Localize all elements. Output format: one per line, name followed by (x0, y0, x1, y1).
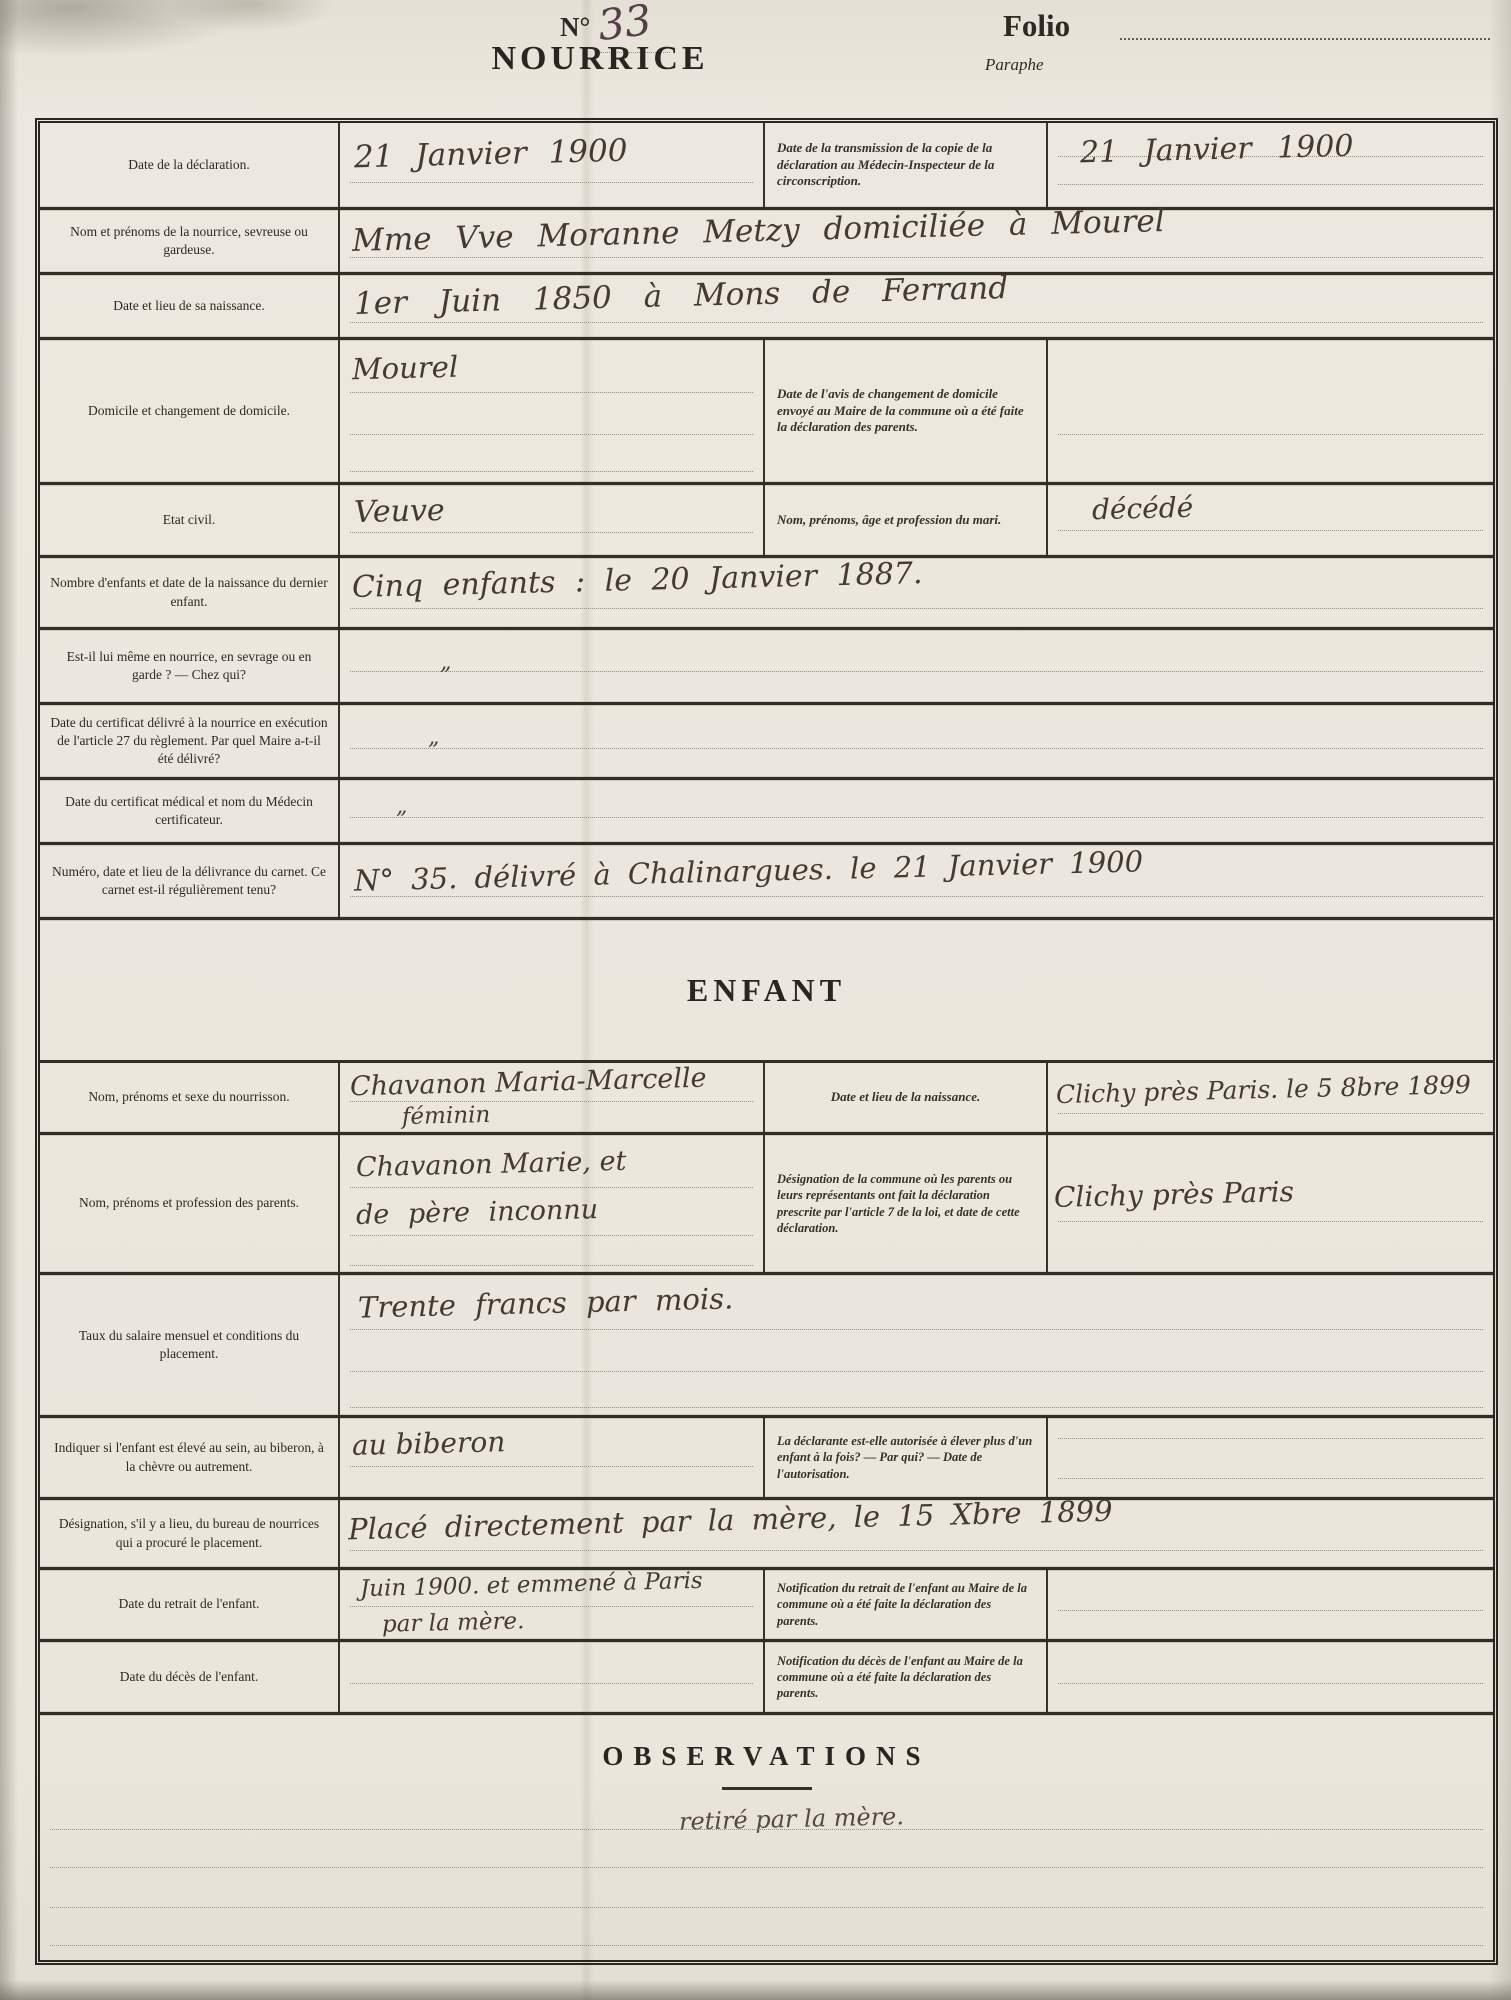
row-label: Date du certificat médical et nom du Méd… (40, 780, 340, 842)
handwritten-value: 1er Juin 1850 à Mons de Ferrand (354, 273, 1009, 320)
table-row-nom-nourrice: Nom et prénoms de la nourrice, sevreuse … (40, 210, 1493, 275)
handwritten-value: au biberon (352, 1428, 506, 1460)
row-value2-cell: 21 Janvier 1900 (1048, 123, 1493, 207)
table-row-naissance: Date et lieu de sa naissance. 1er Juin 1… (40, 275, 1493, 340)
row-value2-cell (1048, 1642, 1493, 1712)
row-value-cell: „ (340, 630, 1493, 702)
table-row-salaire: Taux du salaire mensuel et conditions du… (40, 1275, 1493, 1418)
handwritten-value: Clichy près Paris. le 5 8bre 1899 (1056, 1072, 1471, 1107)
handwritten-value: par la mère. (382, 1610, 525, 1636)
table-row-etat-civil: Etat civil. Veuve Nom, prénoms, âge et p… (40, 485, 1493, 558)
folio-line (1120, 38, 1490, 40)
paraphe-label: Paraphe (985, 55, 1044, 75)
row-value-cell: „ (340, 780, 1493, 842)
row-sublabel: Nom, prénoms, âge et profession du mari. (763, 485, 1048, 555)
row-value2-cell (1048, 340, 1493, 482)
row-value-cell: Mourel (340, 340, 763, 482)
handwritten-value: 21 Janvier 1900 (354, 136, 628, 174)
table-row-nourrisson: Nom, prénoms et sexe du nourrisson. Chav… (40, 1063, 1493, 1135)
sublabel-text: Désignation de la commune où les parents… (777, 1171, 1034, 1236)
writing-line (1058, 1610, 1483, 1611)
writing-line (50, 1829, 1483, 1830)
row-value-cell (340, 1642, 763, 1712)
handwritten-value: 21 Janvier 1900 (1080, 132, 1354, 169)
row-value2-cell: décédé (1048, 485, 1493, 555)
row-value-cell: Chavanon Maria-Marcelle féminin (340, 1063, 763, 1132)
writing-line (1058, 1221, 1483, 1222)
writing-line (350, 671, 1483, 672)
row-sublabel: Date et lieu de la naissance. (763, 1063, 1048, 1132)
row-label: Nombre d'enfants et date de la naissance… (40, 558, 340, 627)
handwritten-value: décédé (1092, 494, 1194, 524)
writing-line (350, 1187, 753, 1188)
handwritten-value: Trente francs par mois. (358, 1284, 734, 1322)
label-text: Date et lieu de sa naissance. (113, 297, 264, 315)
row-label: Nom et prénoms de la nourrice, sevreuse … (40, 210, 340, 272)
table-row-en-nourrice: Est-il lui même en nourrice, en sevrage … (40, 630, 1493, 705)
row-label: Désignation, s'il y a lieu, du bureau de… (40, 1500, 340, 1567)
table-row-nombre-enfants: Nombre d'enfants et date de la naissance… (40, 558, 1493, 630)
table-row-parents: Nom, prénoms et profession des parents. … (40, 1135, 1493, 1275)
writing-line (1058, 434, 1483, 435)
row-label: Taux du salaire mensuel et conditions du… (40, 1275, 340, 1415)
writing-line (50, 1907, 1483, 1908)
row-label: Date de la déclaration. (40, 123, 340, 207)
row-sublabel: Désignation de la commune où les parents… (763, 1135, 1048, 1272)
row-value-cell: Chavanon Marie, et de père inconnu (340, 1135, 763, 1272)
observations-title: OBSERVATIONS (40, 1741, 1493, 1772)
row-label: Date du certificat délivré à la nourrice… (40, 705, 340, 777)
label-text: Désignation, s'il y a lieu, du bureau de… (50, 1515, 328, 1551)
enfant-section-header: ENFANT (40, 920, 1493, 1063)
label-text: Date de la déclaration. (128, 156, 249, 174)
label-text: Etat civil. (163, 511, 215, 529)
row-label: Domicile et changement de domicile. (40, 340, 340, 482)
folio-label: Folio (1003, 8, 1070, 44)
row-sublabel: Notification du décès de l'enfant au Mai… (763, 1642, 1048, 1712)
handwritten-value: Mme Vve Moranne Metzy domiciliée à Moure… (352, 206, 1165, 257)
writing-line (350, 182, 753, 183)
writing-line (350, 257, 1483, 258)
page-title: NOURRICE (430, 40, 770, 78)
sublabel-text: Date de l'avis de changement de domicile… (777, 386, 1034, 437)
handwritten-value: Placé directement par la mère, le 15 Xbr… (348, 1497, 1113, 1545)
handwritten-value: Cinq enfants : le 20 Janvier 1887. (352, 559, 923, 603)
label-text: Date du retrait de l'enfant. (119, 1595, 260, 1613)
writing-line (350, 896, 1483, 897)
handwritten-value: Clichy près Paris (1054, 1178, 1295, 1212)
table-row-deces: Date du décès de l'enfant. Notification … (40, 1642, 1493, 1715)
row-sublabel: Date de l'avis de changement de domicile… (763, 340, 1048, 482)
label-text: Nombre d'enfants et date de la naissance… (50, 574, 328, 610)
observations-section: OBSERVATIONS retiré par la mère. (40, 1715, 1493, 1970)
writing-line (1058, 1113, 1483, 1114)
row-label: Indiquer si l'enfant est élevé au sein, … (40, 1418, 340, 1497)
handwritten-ditto: „ (396, 796, 408, 818)
handwritten-value: féminin (402, 1104, 491, 1129)
label-text: Taux du salaire mensuel et conditions du… (50, 1327, 328, 1363)
row-value-cell: Cinq enfants : le 20 Janvier 1887. (340, 558, 1493, 627)
writing-line (350, 1466, 753, 1467)
handwritten-value: de père inconnu (356, 1196, 599, 1229)
row-value2-cell (1048, 1418, 1493, 1497)
row-value-cell: 1er Juin 1850 à Mons de Ferrand (340, 275, 1493, 337)
row-sublabel: Date de la transmission de la copie de l… (763, 123, 1048, 207)
label-text: Numéro, date et lieu de la délivrance du… (50, 863, 328, 899)
row-label: Date du retrait de l'enfant. (40, 1570, 340, 1639)
writing-line (350, 471, 753, 472)
form-frame: Date de la déclaration. 21 Janvier 1900 … (35, 118, 1498, 1965)
table-row-retrait: Date du retrait de l'enfant. Juin 1900. … (40, 1570, 1493, 1642)
row-value-cell: Mme Vve Moranne Metzy domiciliée à Moure… (340, 210, 1493, 272)
writing-line (350, 532, 753, 533)
sublabel-text: Date de la transmission de la copie de l… (777, 140, 1034, 191)
label-text: Date du certificat délivré à la nourrice… (50, 714, 328, 769)
table-row-allaitement: Indiquer si l'enfant est élevé au sein, … (40, 1418, 1493, 1500)
writing-line (350, 1265, 753, 1266)
row-value-cell: 21 Janvier 1900 (340, 123, 763, 207)
writing-line (350, 608, 1483, 609)
writing-line (1058, 530, 1483, 531)
enfant-title: ENFANT (40, 972, 1493, 1009)
writing-line (350, 1101, 753, 1102)
table-row-declaration: Date de la déclaration. 21 Janvier 1900 … (40, 123, 1493, 210)
label-text: Nom, prénoms et sexe du nourrisson. (88, 1088, 289, 1106)
row-value2-cell: Clichy près Paris (1048, 1135, 1493, 1272)
row-label: Nom, prénoms et profession des parents. (40, 1135, 340, 1272)
row-value-cell: Juin 1900. et emmené à Paris par la mère… (340, 1570, 763, 1639)
sublabel-text: Notification du décès de l'enfant au Mai… (777, 1653, 1034, 1702)
sublabel-text: Date et lieu de la naissance. (831, 1089, 981, 1106)
writing-line (50, 1945, 1483, 1946)
handwritten-value: Chavanon Marie, et (356, 1148, 627, 1182)
label-text: Nom et prénoms de la nourrice, sevreuse … (50, 223, 328, 259)
table-row-certificat-medical: Date du certificat médical et nom du Méd… (40, 780, 1493, 845)
writing-line (350, 434, 753, 435)
writing-line (350, 1235, 753, 1236)
row-value2-cell (1048, 1570, 1493, 1639)
sublabel-text: Notification du retrait de l'enfant au M… (777, 1580, 1034, 1629)
writing-line (1058, 1438, 1483, 1439)
handwritten-value: Juin 1900. et emmené à Paris (360, 1570, 703, 1601)
writing-line (350, 392, 753, 393)
observations-rule (722, 1787, 812, 1790)
row-label: Numéro, date et lieu de la délivrance du… (40, 845, 340, 917)
writing-line (350, 1371, 1483, 1372)
writing-line (350, 1407, 1483, 1408)
row-value-cell: Placé directement par la mère, le 15 Xbr… (340, 1500, 1493, 1567)
label-text: Date du décès de l'enfant. (120, 1668, 259, 1686)
writing-line (1058, 1478, 1483, 1479)
handwritten-ditto: „ (428, 727, 440, 749)
label-text: Est-il lui même en nourrice, en sevrage … (50, 648, 328, 684)
writing-line (350, 1683, 753, 1684)
form-number-label: N° (560, 12, 590, 43)
row-value-cell: Veuve (340, 485, 763, 555)
label-text: Date du certificat médical et nom du Méd… (50, 793, 328, 829)
handwritten-value: N° 35. délivré à Chalinargues. le 21 Jan… (354, 847, 1144, 895)
label-text: Nom, prénoms et profession des parents. (79, 1194, 299, 1212)
table-row-bureau: Désignation, s'il y a lieu, du bureau de… (40, 1500, 1493, 1570)
document-page: { "header": { "number_label": "N°", "num… (0, 0, 1511, 2000)
writing-line (1058, 1683, 1483, 1684)
sublabel-text: Nom, prénoms, âge et profession du mari. (777, 512, 1001, 529)
handwritten-ditto: „ (440, 652, 452, 674)
writing-line (350, 1550, 1483, 1551)
handwritten-value: Veuve (354, 496, 445, 528)
row-sublabel: La déclarante est-elle autorisée à éleve… (763, 1418, 1048, 1497)
row-value-cell: N° 35. délivré à Chalinargues. le 21 Jan… (340, 845, 1493, 917)
writing-line (350, 322, 1483, 323)
row-value-cell: „ (340, 705, 1493, 777)
row-label: Date et lieu de sa naissance. (40, 275, 340, 337)
label-text: Domicile et changement de domicile. (88, 402, 290, 420)
writing-line (350, 817, 1483, 818)
writing-line (350, 748, 1483, 749)
handwritten-value: Mourel (352, 353, 459, 385)
writing-line (50, 1867, 1483, 1868)
sublabel-text: La déclarante est-elle autorisée à éleve… (777, 1433, 1034, 1482)
handwritten-value: Chavanon Maria-Marcelle (350, 1065, 707, 1101)
writing-line (350, 1329, 1483, 1330)
label-text: Indiquer si l'enfant est élevé au sein, … (50, 1439, 328, 1475)
table-row-carnet: Numéro, date et lieu de la délivrance du… (40, 845, 1493, 920)
row-label: Nom, prénoms et sexe du nourrisson. (40, 1063, 340, 1132)
row-value-cell: Trente francs par mois. (340, 1275, 1493, 1415)
row-sublabel: Notification du retrait de l'enfant au M… (763, 1570, 1048, 1639)
row-value2-cell: Clichy près Paris. le 5 8bre 1899 (1048, 1063, 1493, 1132)
row-label: Est-il lui même en nourrice, en sevrage … (40, 630, 340, 702)
row-label: Date du décès de l'enfant. (40, 1642, 340, 1712)
writing-line (1058, 184, 1483, 185)
table-row-certificat-27: Date du certificat délivré à la nourrice… (40, 705, 1493, 780)
row-value-cell: au biberon (340, 1418, 763, 1497)
row-label: Etat civil. (40, 485, 340, 555)
table-row-domicile: Domicile et changement de domicile. Mour… (40, 340, 1493, 485)
writing-line (350, 1606, 753, 1607)
